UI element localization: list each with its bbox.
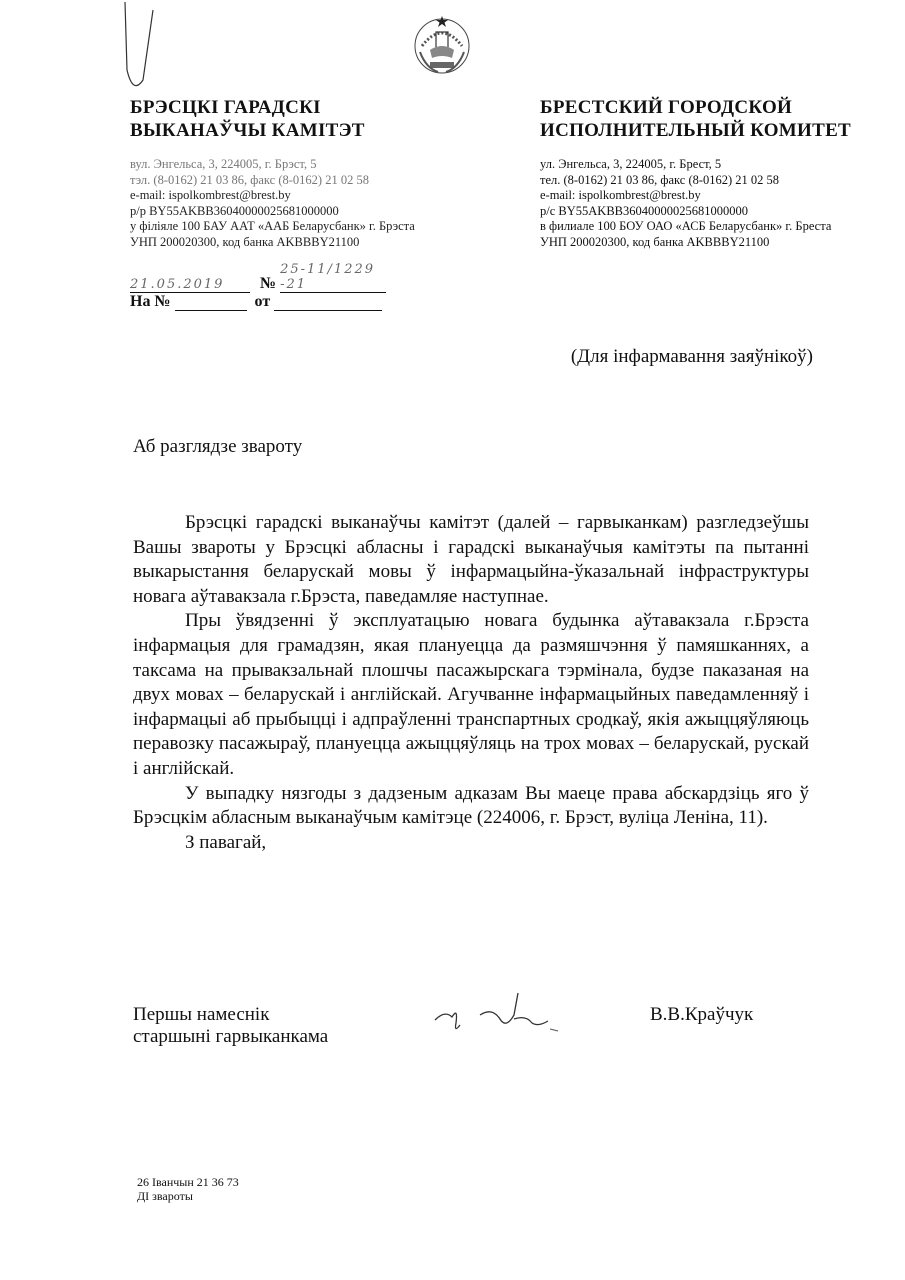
address: вул. Энгельса, 3, 224005, г. Брэст, 5 <box>130 157 415 173</box>
paragraph: Пры ўвядзенні ў эксплуатацыю новага буды… <box>133 609 809 781</box>
org-title-belarusian: БРЭСЦКІ ГАРАДСКІ ВЫКАНАЎЧЫ КАМІТЭТ <box>130 96 365 142</box>
address: ул. Энгельса, 3, 224005, г. Брест, 5 <box>540 157 831 173</box>
unp: УНП 200020300, код банка AKBBBY21100 <box>130 235 415 251</box>
letter-body: Брэсцкі гарадскі выканаўчы камітэт (дале… <box>133 511 809 855</box>
bank-account: р/р BY55AKBB36040000025681000000 <box>130 204 415 220</box>
ref-date-label: от <box>255 293 271 310</box>
pen-mark-icon <box>115 0 165 100</box>
phone: тел. (8-0162) 21 03 86, факс (8-0162) 21… <box>540 173 831 189</box>
email: e-mail: ispolkombrest@brest.by <box>540 188 831 204</box>
email: e-mail: ispolkombrest@brest.by <box>130 188 415 204</box>
ref-date-field <box>274 292 382 311</box>
paragraph: У выпадку нязгоды з дадзеным адказам Вы … <box>133 782 809 831</box>
org-title-line1: БРЭСЦКІ ГАРАДСКІ <box>130 96 365 119</box>
state-emblem-icon <box>408 10 476 78</box>
bank-branch: у філіяле 100 БАУ ААТ «ААБ Беларусбанк» … <box>130 219 415 235</box>
org-title-line1: БРЕСТСКИЙ ГОРОДСКОЙ <box>540 96 851 119</box>
org-title-russian: БРЕСТСКИЙ ГОРОДСКОЙ ИСПОЛНИТЕЛЬНЫЙ КОМИТ… <box>540 96 851 142</box>
position-line1: Першы намеснік <box>133 1004 328 1026</box>
position-line2: старшыні гарвыканкама <box>133 1026 328 1048</box>
number-label: № <box>260 275 276 292</box>
org-title-line2: ИСПОЛНИТЕЛЬНЫЙ КОМИТЕТ <box>540 119 851 142</box>
paragraph: Брэсцкі гарадскі выканаўчы камітэт (дале… <box>133 511 809 609</box>
bank-branch: в филиале 100 БОУ ОАО «АСБ Беларусбанк» … <box>540 219 831 235</box>
letter-subject: Аб разглядзе звароту <box>133 436 302 458</box>
number-field: 25-11/1229 -21 <box>280 262 386 293</box>
org-title-line2: ВЫКАНАЎЧЫ КАМІТЭТ <box>130 119 365 142</box>
date-field: 21.05.2019 <box>130 277 250 293</box>
bank-account: р/с BY55AKBB36040000025681000000 <box>540 204 831 220</box>
addressee-note: (Для інфармавання заяўнікоў) <box>571 346 813 368</box>
handwritten-signature-icon <box>430 985 580 1045</box>
registration-block: 21.05.2019 № 25-11/1229 -21 На № от <box>130 262 386 316</box>
phone: тэл. (8-0162) 21 03 86, факс (8-0162) 21… <box>130 173 415 189</box>
closing: З павагай, <box>133 831 809 856</box>
ref-number-label: На № <box>130 293 171 310</box>
signer-name: В.В.Краўчук <box>650 1004 753 1026</box>
file-index: ДІ звароты <box>137 1189 239 1203</box>
ref-number-field <box>175 292 247 311</box>
org-contacts-russian: ул. Энгельса, 3, 224005, г. Брест, 5 тел… <box>540 157 831 251</box>
org-contacts-belarusian: вул. Энгельса, 3, 224005, г. Брэст, 5 тэ… <box>130 157 415 251</box>
executor-info: 26 Іванчын 21 36 73 ДІ звароты <box>137 1175 239 1203</box>
unp: УНП 200020300, код банка AKBBBY21100 <box>540 235 831 251</box>
executor: 26 Іванчын 21 36 73 <box>137 1175 239 1189</box>
signer-position: Першы намеснік старшыні гарвыканкама <box>133 1004 328 1048</box>
